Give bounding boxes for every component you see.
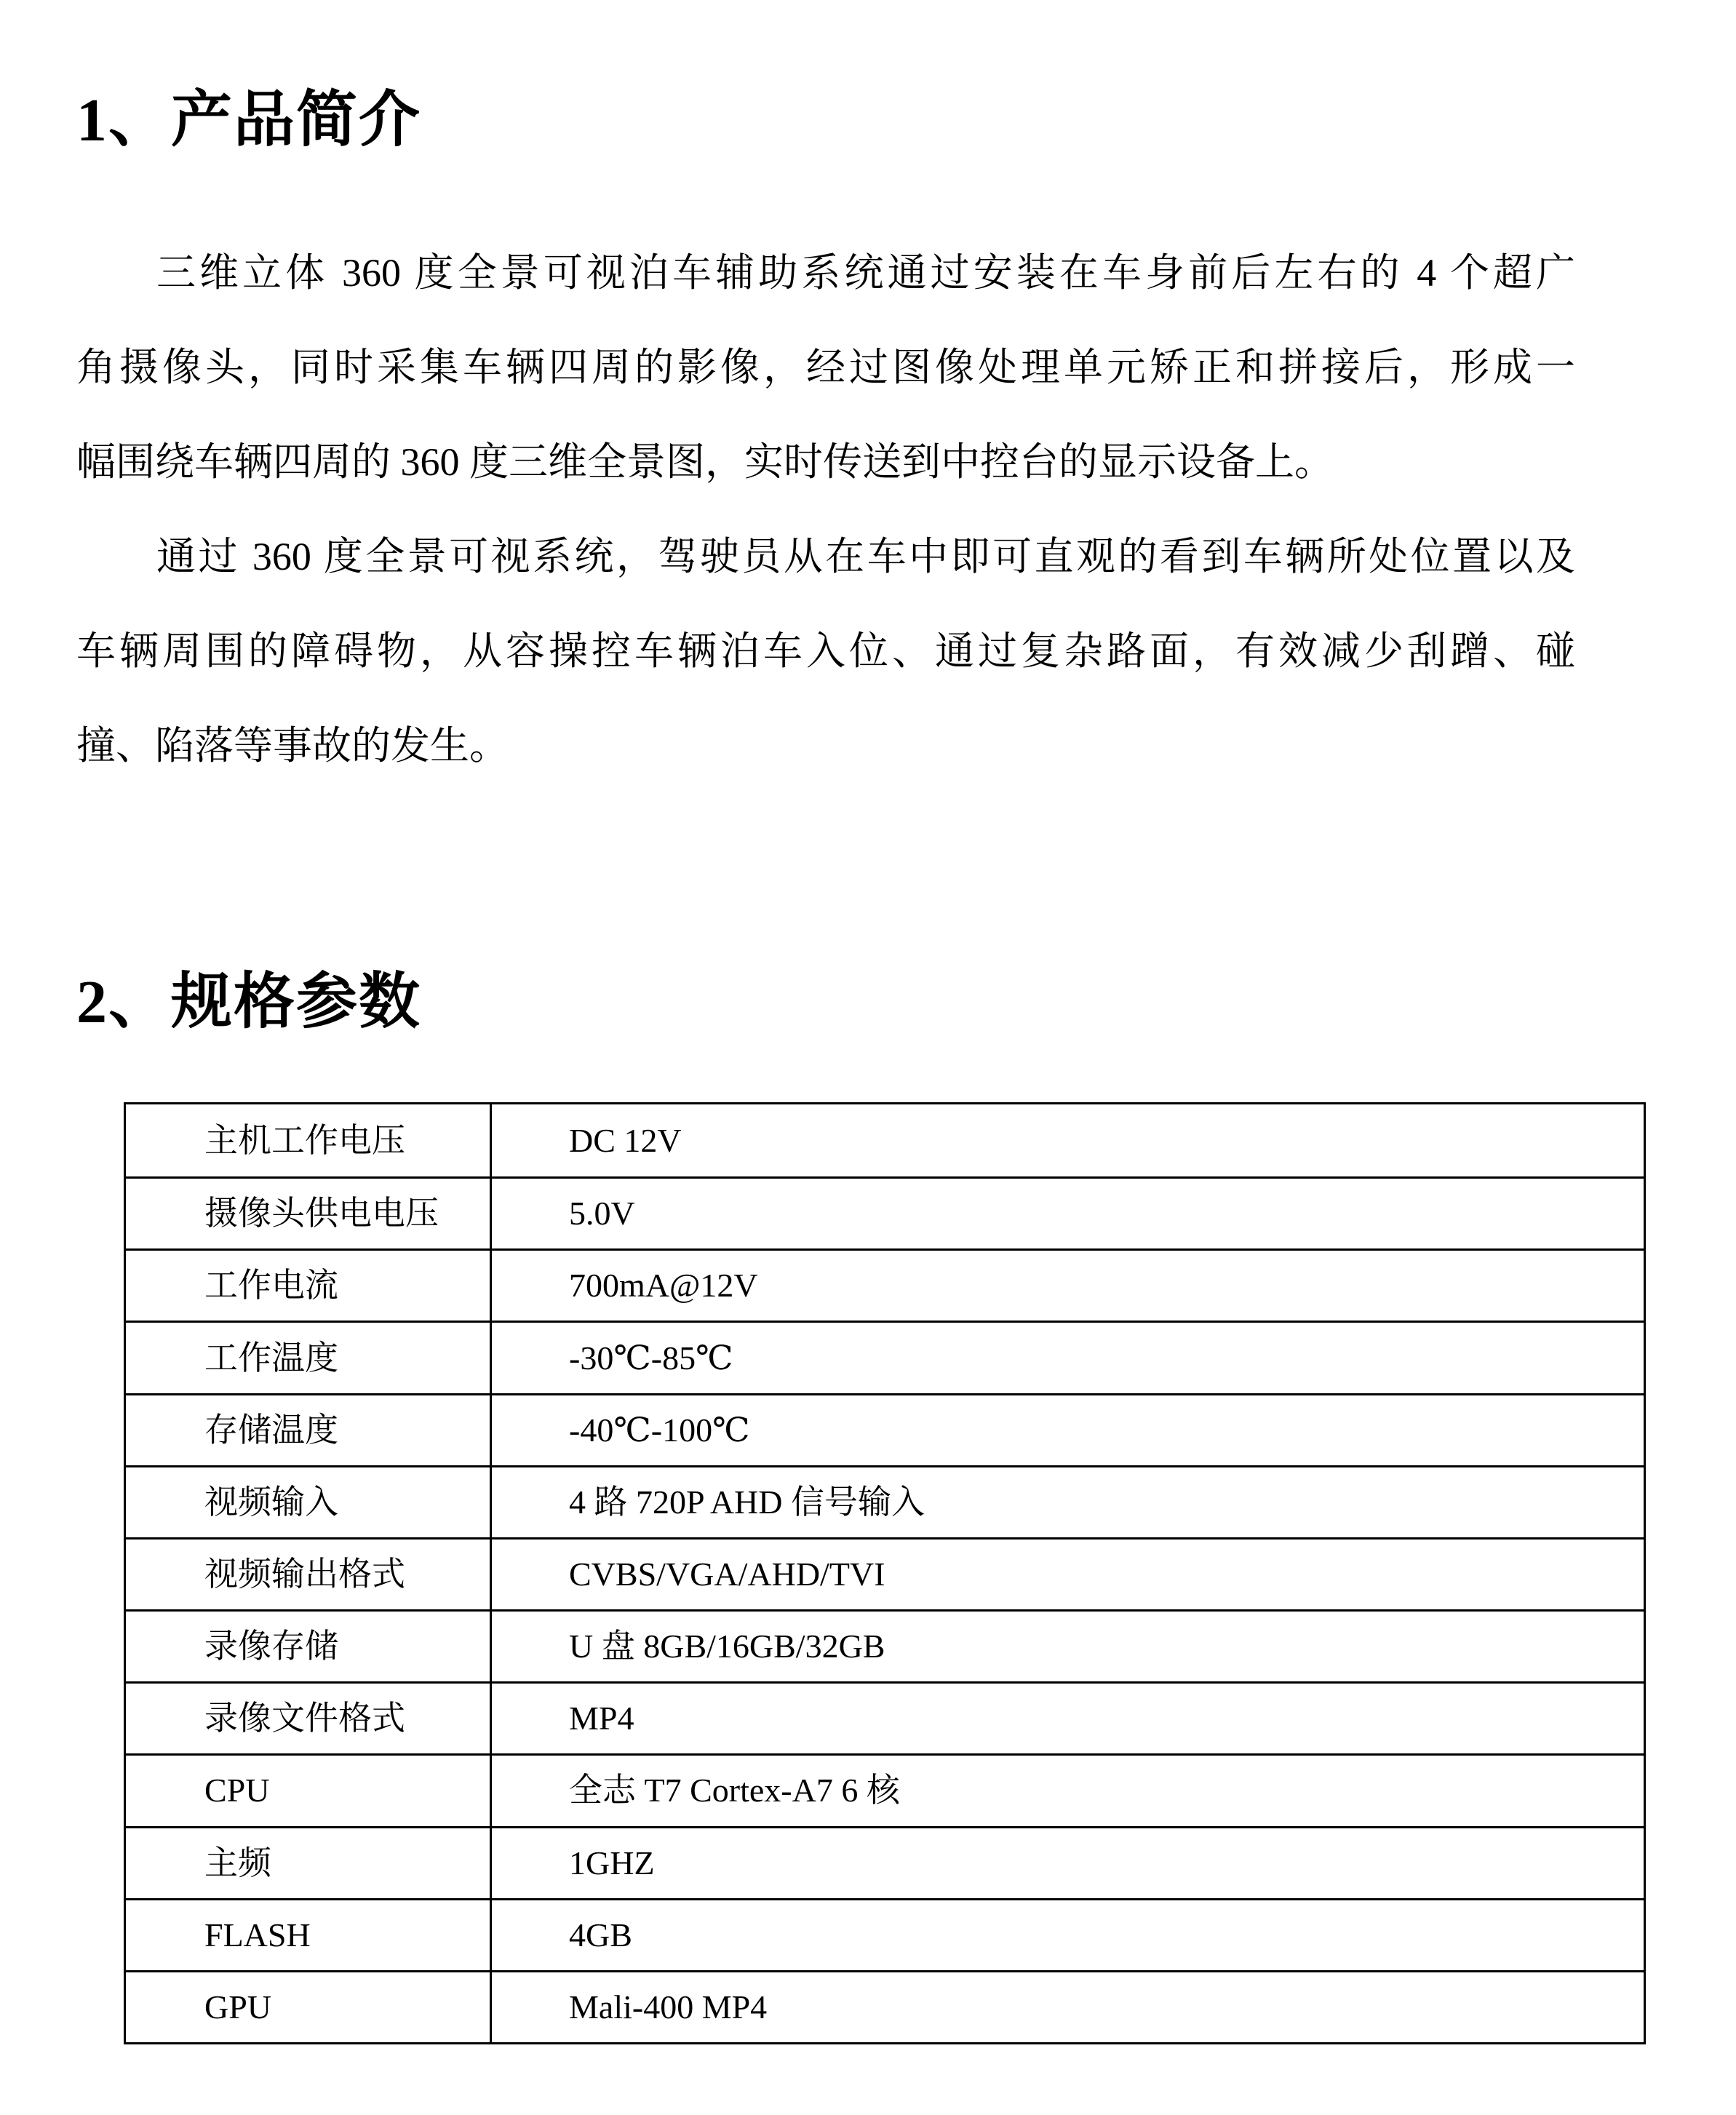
spec-value: 1GHZ: [490, 1828, 1644, 1898]
spec-label: 主机工作电压: [126, 1104, 490, 1176]
spec-table: 主机工作电压 DC 12V 摄像头供电电压 5.0V 工作电流 700mA@12…: [124, 1102, 1646, 2044]
spec-label: 视频输入: [126, 1467, 490, 1537]
spec-value: Mali-400 MP4: [490, 1972, 1644, 2042]
paragraph-line: 幅围绕车辆四周的 360 度三维全景图，实时传送到中控台的显示设备上。: [76, 415, 1575, 509]
table-row: 摄像头供电电压 5.0V: [126, 1176, 1644, 1248]
table-row: 工作电流 700mA@12V: [126, 1248, 1644, 1321]
spec-label: 工作电流: [126, 1251, 490, 1321]
spec-value: 全志 T7 Cortex-A7 6 核: [490, 1756, 1644, 1825]
spec-label: 摄像头供电电压: [126, 1179, 490, 1248]
intro-paragraph-2: 通过 360 度全景可视系统，驾驶员从在车中即可直观的看到车辆所处位置以及 车辆…: [76, 509, 1575, 793]
table-row: 视频输出格式 CVBS/VGA/AHD/TVI: [126, 1537, 1644, 1609]
intro-paragraph-1: 三维立体 360 度全景可视泊车辅助系统通过安装在车身前后左右的 4 个超广 角…: [76, 226, 1575, 509]
table-row: 工作温度 -30℃-85℃: [126, 1321, 1644, 1393]
spec-label: 主频: [126, 1828, 490, 1898]
spec-value: -30℃-85℃: [490, 1323, 1644, 1393]
spec-value: DC 12V: [490, 1104, 1644, 1176]
spec-value: -40℃-100℃: [490, 1395, 1644, 1465]
spec-label: 录像存储: [126, 1612, 490, 1681]
spec-label: GPU: [126, 1972, 490, 2042]
table-row: 录像存储 U 盘 8GB/16GB/32GB: [126, 1609, 1644, 1681]
paragraph-line: 通过 360 度全景可视系统，驾驶员从在车中即可直观的看到车辆所处位置以及: [76, 509, 1575, 604]
spec-value: 4GB: [490, 1900, 1644, 1970]
table-row: 主机工作电压 DC 12V: [126, 1104, 1644, 1176]
spec-label: CPU: [126, 1756, 490, 1825]
paragraph-line: 撞、陷落等事故的发生。: [76, 698, 1575, 793]
table-row: 视频输入 4 路 720P AHD 信号输入: [126, 1465, 1644, 1537]
spec-value: CVBS/VGA/AHD/TVI: [490, 1540, 1644, 1609]
table-row: GPU Mali-400 MP4: [126, 1970, 1644, 2042]
spec-label: 存储温度: [126, 1395, 490, 1465]
spec-value: 5.0V: [490, 1179, 1644, 1248]
spec-value: U 盘 8GB/16GB/32GB: [490, 1612, 1644, 1681]
spec-label: 视频输出格式: [126, 1540, 490, 1609]
spec-label: FLASH: [126, 1900, 490, 1970]
section2-heading: 2、规格参数: [76, 971, 421, 1035]
spec-value: 700mA@12V: [490, 1251, 1644, 1321]
table-row: 存储温度 -40℃-100℃: [126, 1393, 1644, 1465]
spec-value: MP4: [490, 1684, 1644, 1753]
paragraph-line: 三维立体 360 度全景可视泊车辅助系统通过安装在车身前后左右的 4 个超广: [76, 226, 1575, 320]
table-row: 录像文件格式 MP4: [126, 1681, 1644, 1753]
paragraph-line: 角摄像头，同时采集车辆四周的影像，经过图像处理单元矫正和拼接后，形成一: [76, 320, 1575, 415]
spec-label: 录像文件格式: [126, 1684, 490, 1753]
table-row: FLASH 4GB: [126, 1898, 1644, 1970]
section1-heading: 1、产品简介: [76, 89, 421, 153]
table-row: 主频 1GHZ: [126, 1826, 1644, 1898]
spec-label: 工作温度: [126, 1323, 490, 1393]
paragraph-line: 车辆周围的障碍物，从容操控车辆泊车入位、通过复杂路面，有效减少刮蹭、碰: [76, 604, 1575, 698]
table-row: CPU 全志 T7 Cortex-A7 6 核: [126, 1753, 1644, 1825]
spec-value: 4 路 720P AHD 信号输入: [490, 1467, 1644, 1537]
document-page: 1、产品简介 三维立体 360 度全景可视泊车辅助系统通过安装在车身前后左右的 …: [0, 0, 1736, 2115]
